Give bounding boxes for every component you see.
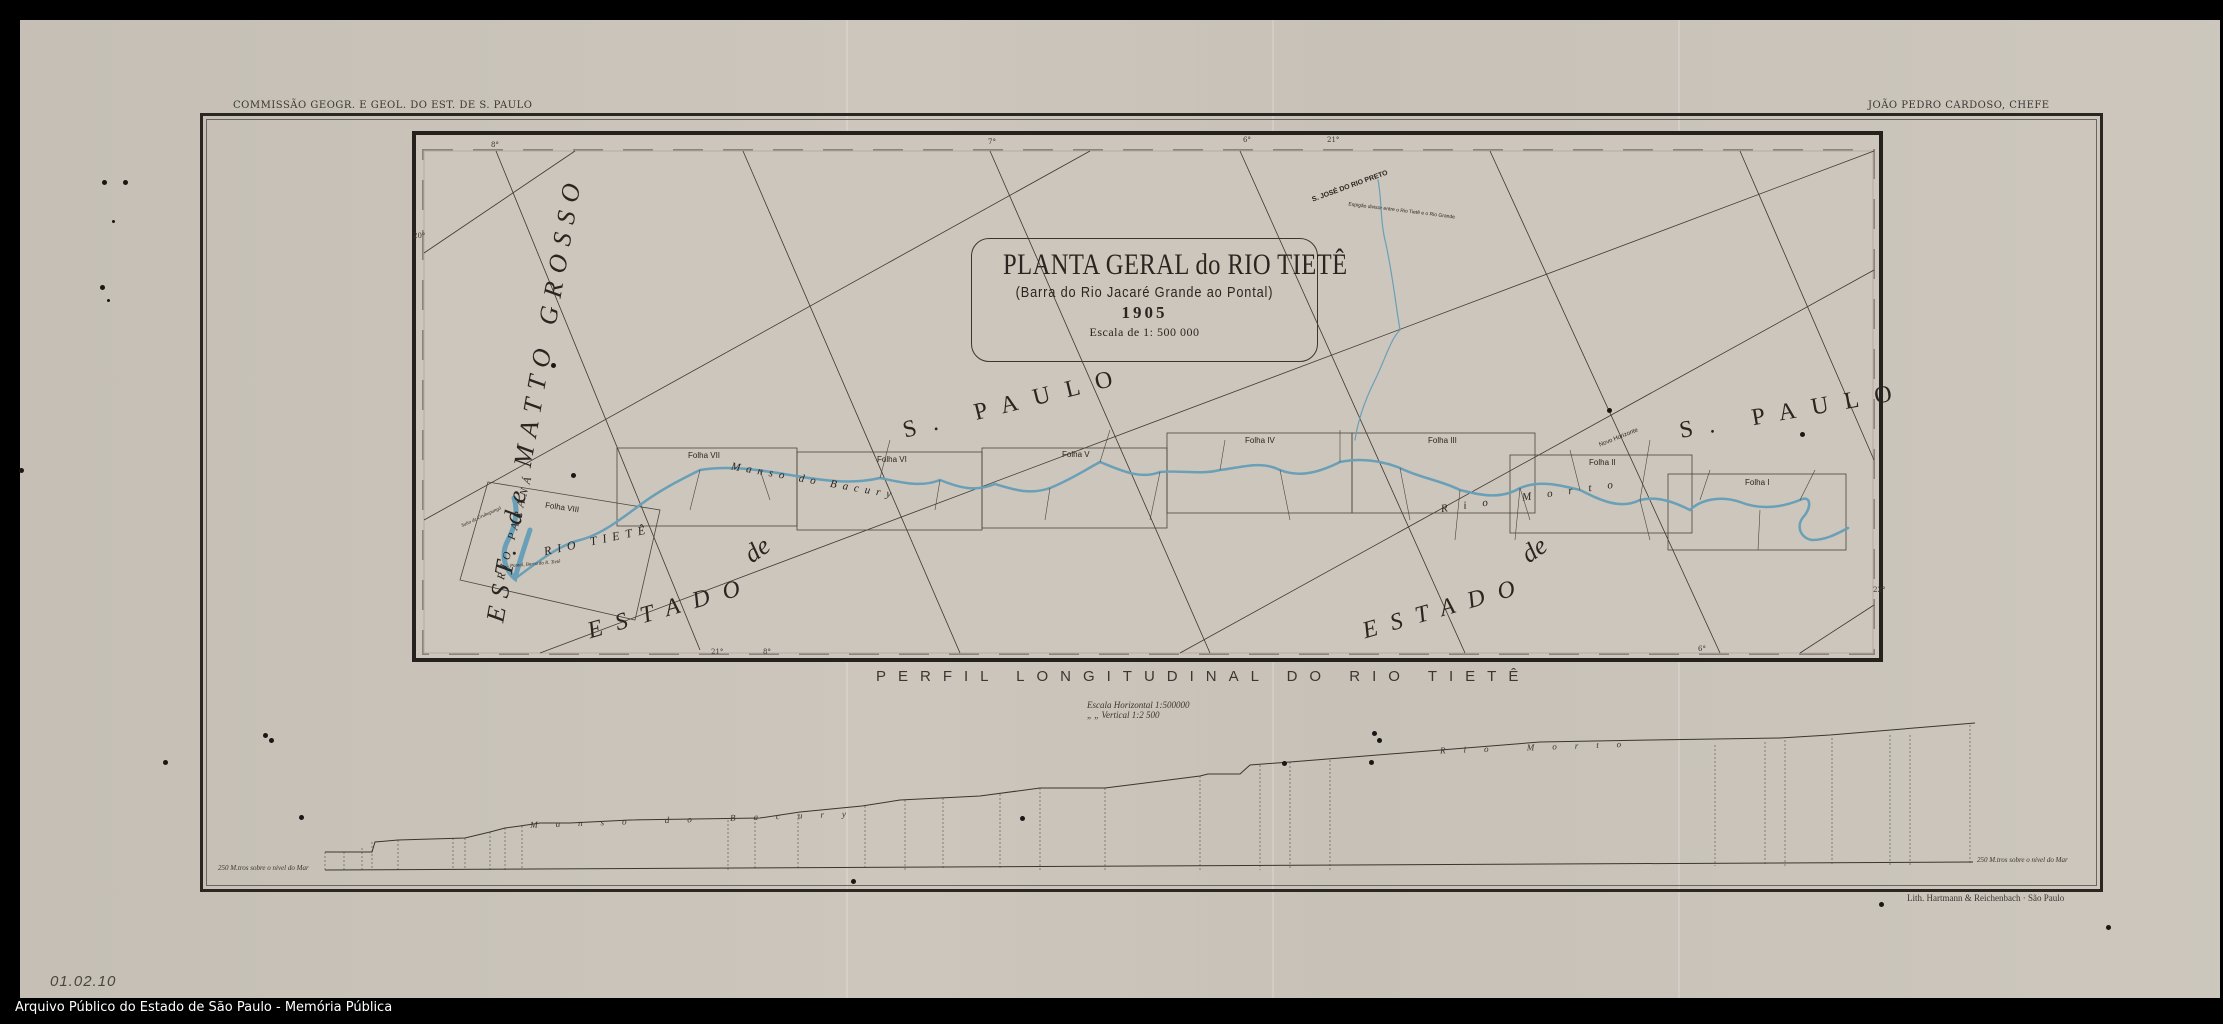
- ink-spot: [263, 733, 268, 738]
- profile-datum-left: 250 M.tros sobre o nivel do Mar: [218, 864, 309, 872]
- archive-caption: Arquivo Público do Estado de São Paulo -…: [15, 1000, 392, 1015]
- ink-spot: [1369, 760, 1374, 765]
- ink-spot: [112, 220, 115, 223]
- ink-spot: [1282, 761, 1287, 766]
- ink-spot: [1800, 432, 1805, 437]
- ink-spot: [2106, 925, 2111, 930]
- profile-datum-right: 250 M.tros sobre o nivel do Mar: [1977, 856, 2068, 864]
- ink-spot: [102, 180, 107, 185]
- ink-spot: [551, 363, 556, 368]
- lithographer-credit: Lith. Hartmann & Reichenbach · São Paulo: [1907, 893, 2064, 903]
- ink-spot: [1879, 902, 1884, 907]
- ink-spot: [100, 285, 105, 290]
- ink-spot: [123, 180, 128, 185]
- profile-chart: [0, 0, 2223, 1024]
- ink-spot: [851, 879, 856, 884]
- ink-spot: [19, 468, 24, 473]
- ink-spot: [1377, 738, 1382, 743]
- ink-spot: [1020, 816, 1025, 821]
- ink-spot: [1607, 408, 1612, 413]
- catalog-number: 01.02.10: [50, 973, 116, 990]
- ink-spot: [299, 815, 304, 820]
- ink-spot: [163, 760, 168, 765]
- ink-spot: [571, 473, 576, 478]
- ink-spot: [107, 299, 110, 302]
- ink-spot: [269, 738, 274, 743]
- ink-spot: [1372, 731, 1377, 736]
